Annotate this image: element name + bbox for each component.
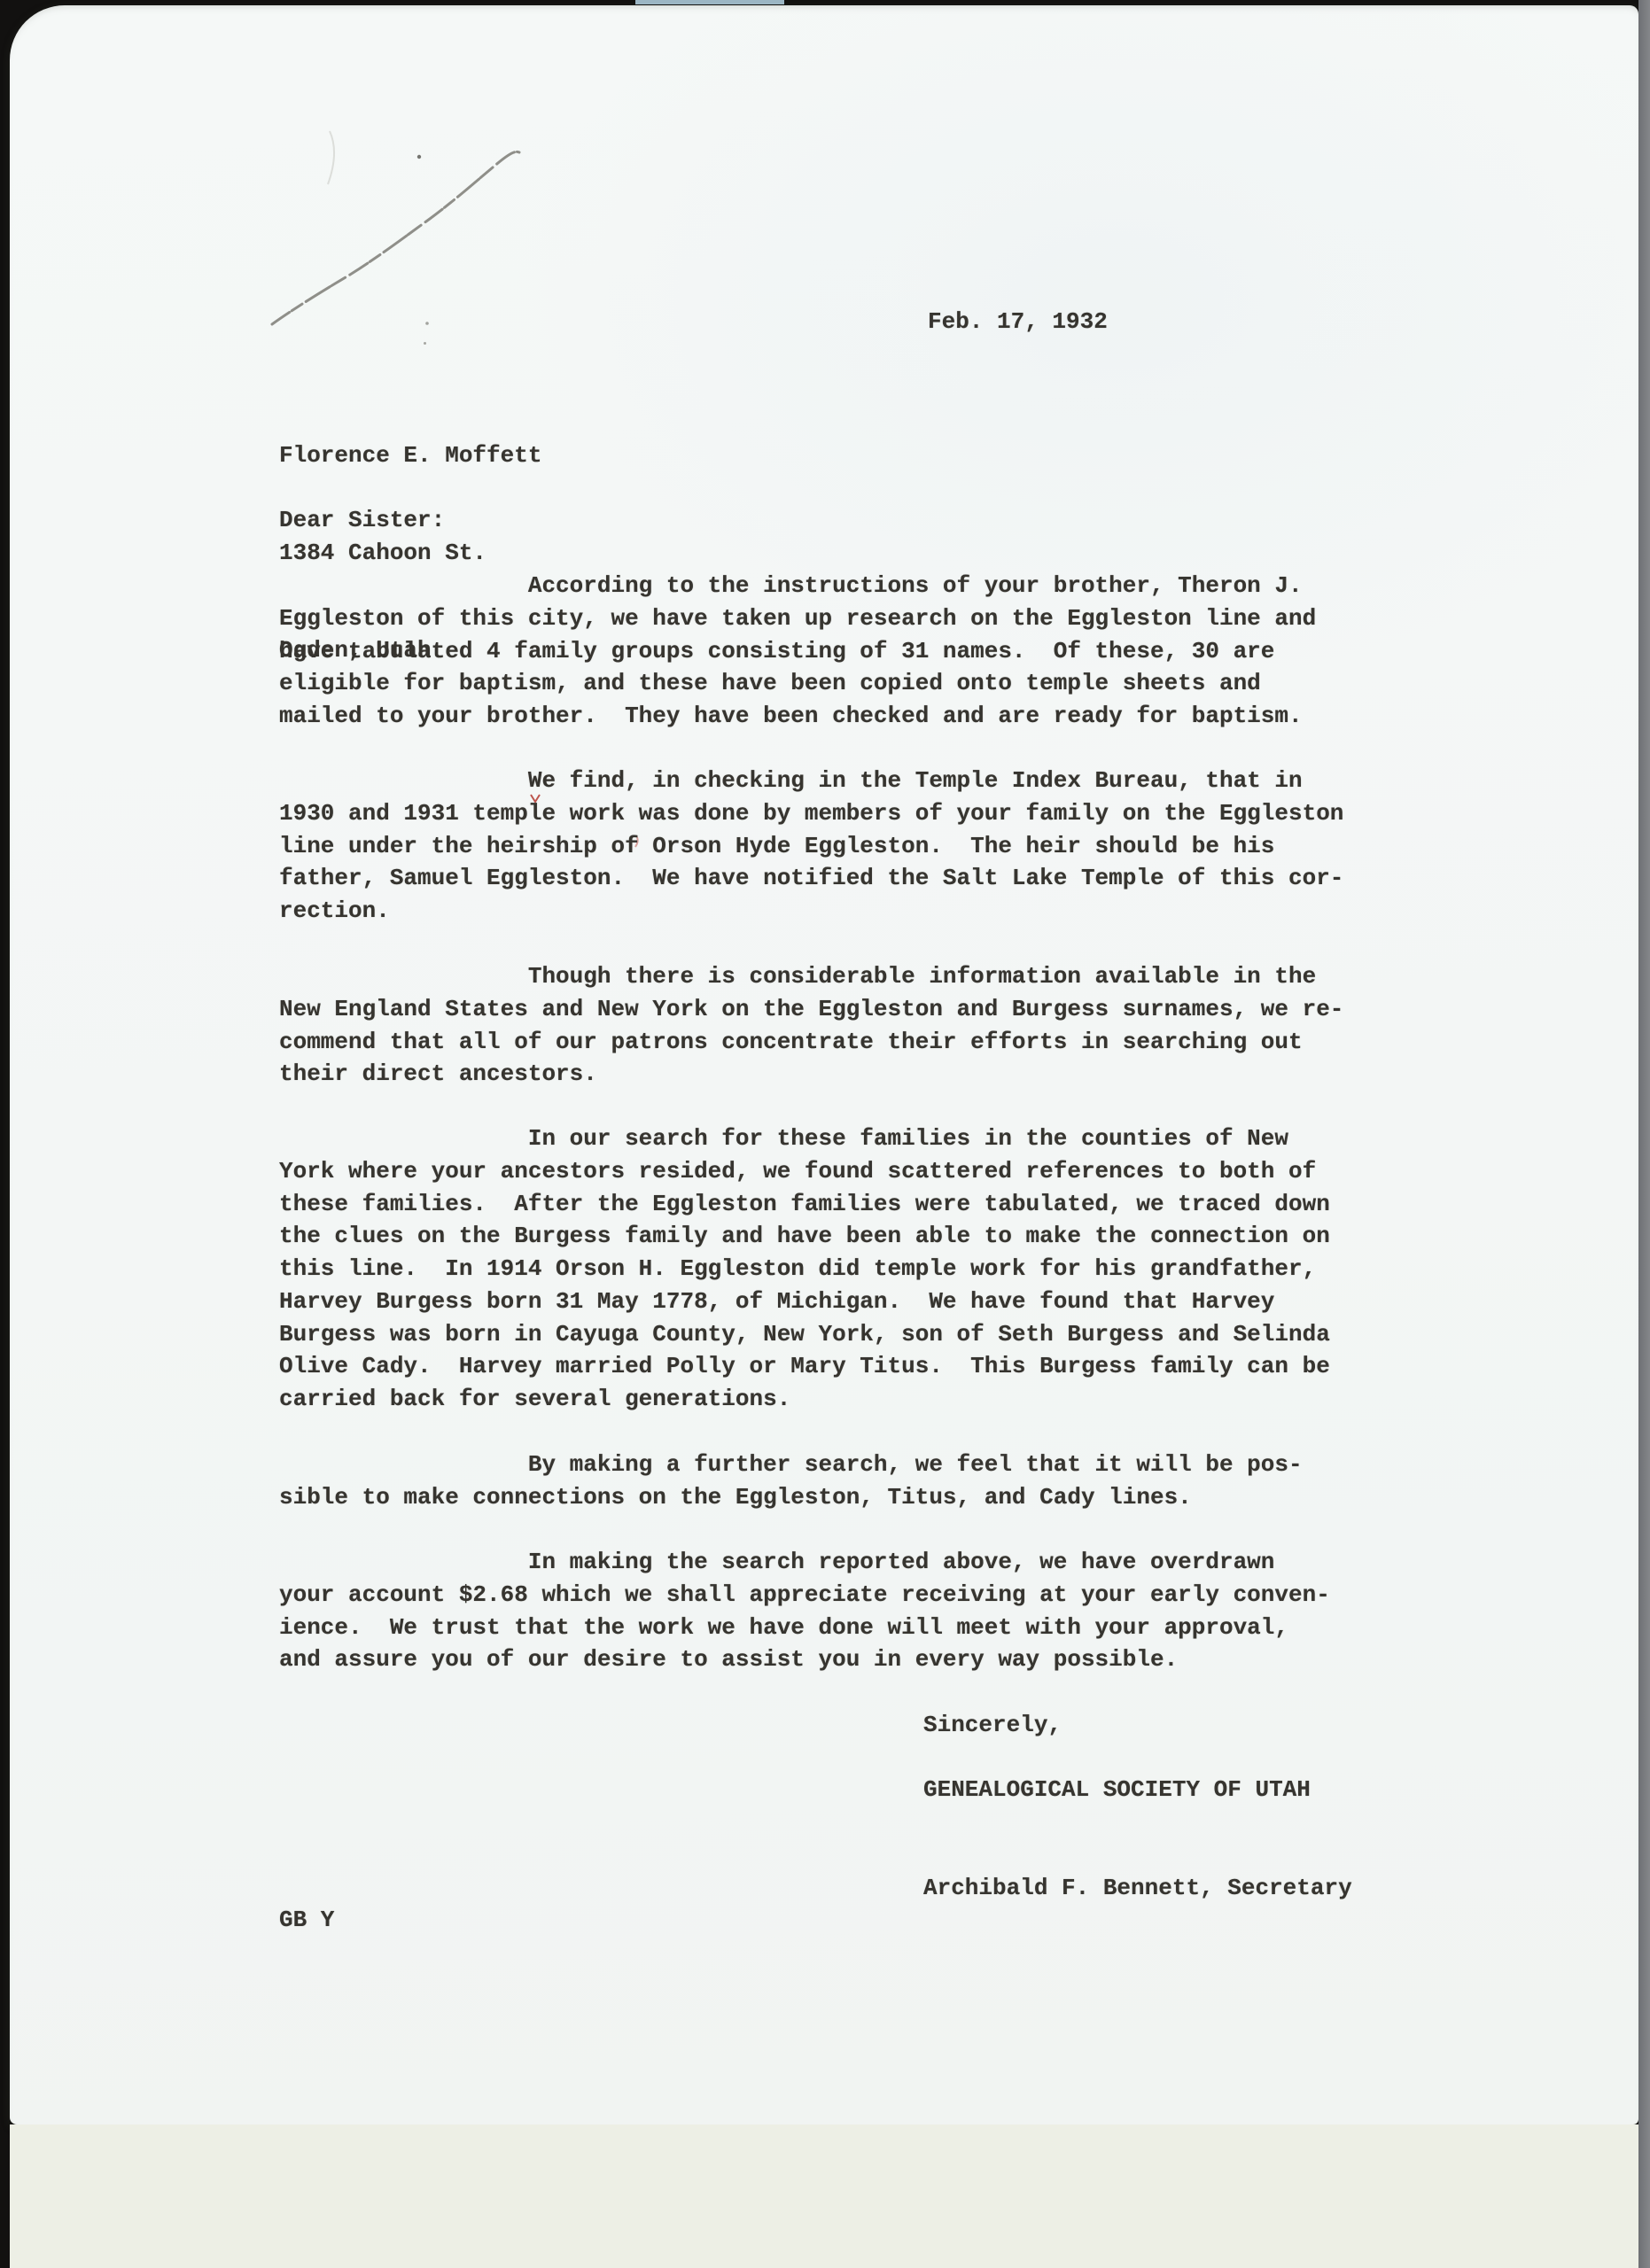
scanner-backing-sheet: [10, 2124, 1638, 2268]
paragraph-2: We find, in checking in the Temple Index…: [279, 765, 1343, 928]
paragraph-5: By making a further search, we feel that…: [279, 1449, 1303, 1514]
paragraph-3: Though there is considerable information…: [279, 960, 1343, 1091]
paragraph-1: According to the instructions of your br…: [279, 570, 1316, 733]
salutation: Dear Sister:: [279, 504, 445, 537]
valediction: Sincerely,: [923, 1709, 1062, 1742]
organization-name: GENEALOGICAL SOCIETY OF UTAH: [923, 1774, 1311, 1806]
scanned-letter-page: Feb. 17, 1932 Florence E. Moffett 1384 C…: [0, 0, 1650, 2268]
pencil-scratch-mark: [257, 80, 541, 346]
scanner-edge-blue-sliver: [635, 0, 784, 4]
letter-date: Feb. 17, 1932: [928, 306, 1108, 338]
paragraph-4: In our search for these families in the …: [279, 1122, 1330, 1416]
paper-speck: [424, 342, 426, 345]
paragraph-6: In making the search reported above, we …: [279, 1546, 1330, 1676]
recipient-name: Florence E. Moffett: [279, 439, 541, 472]
scanner-edge-right: [1638, 0, 1650, 2268]
signature-line: Archibald F. Bennett, Secretary: [923, 1872, 1352, 1905]
recipient-street: 1384 Cahoon St.: [279, 537, 541, 570]
typist-initials: GB Y: [279, 1904, 334, 1937]
